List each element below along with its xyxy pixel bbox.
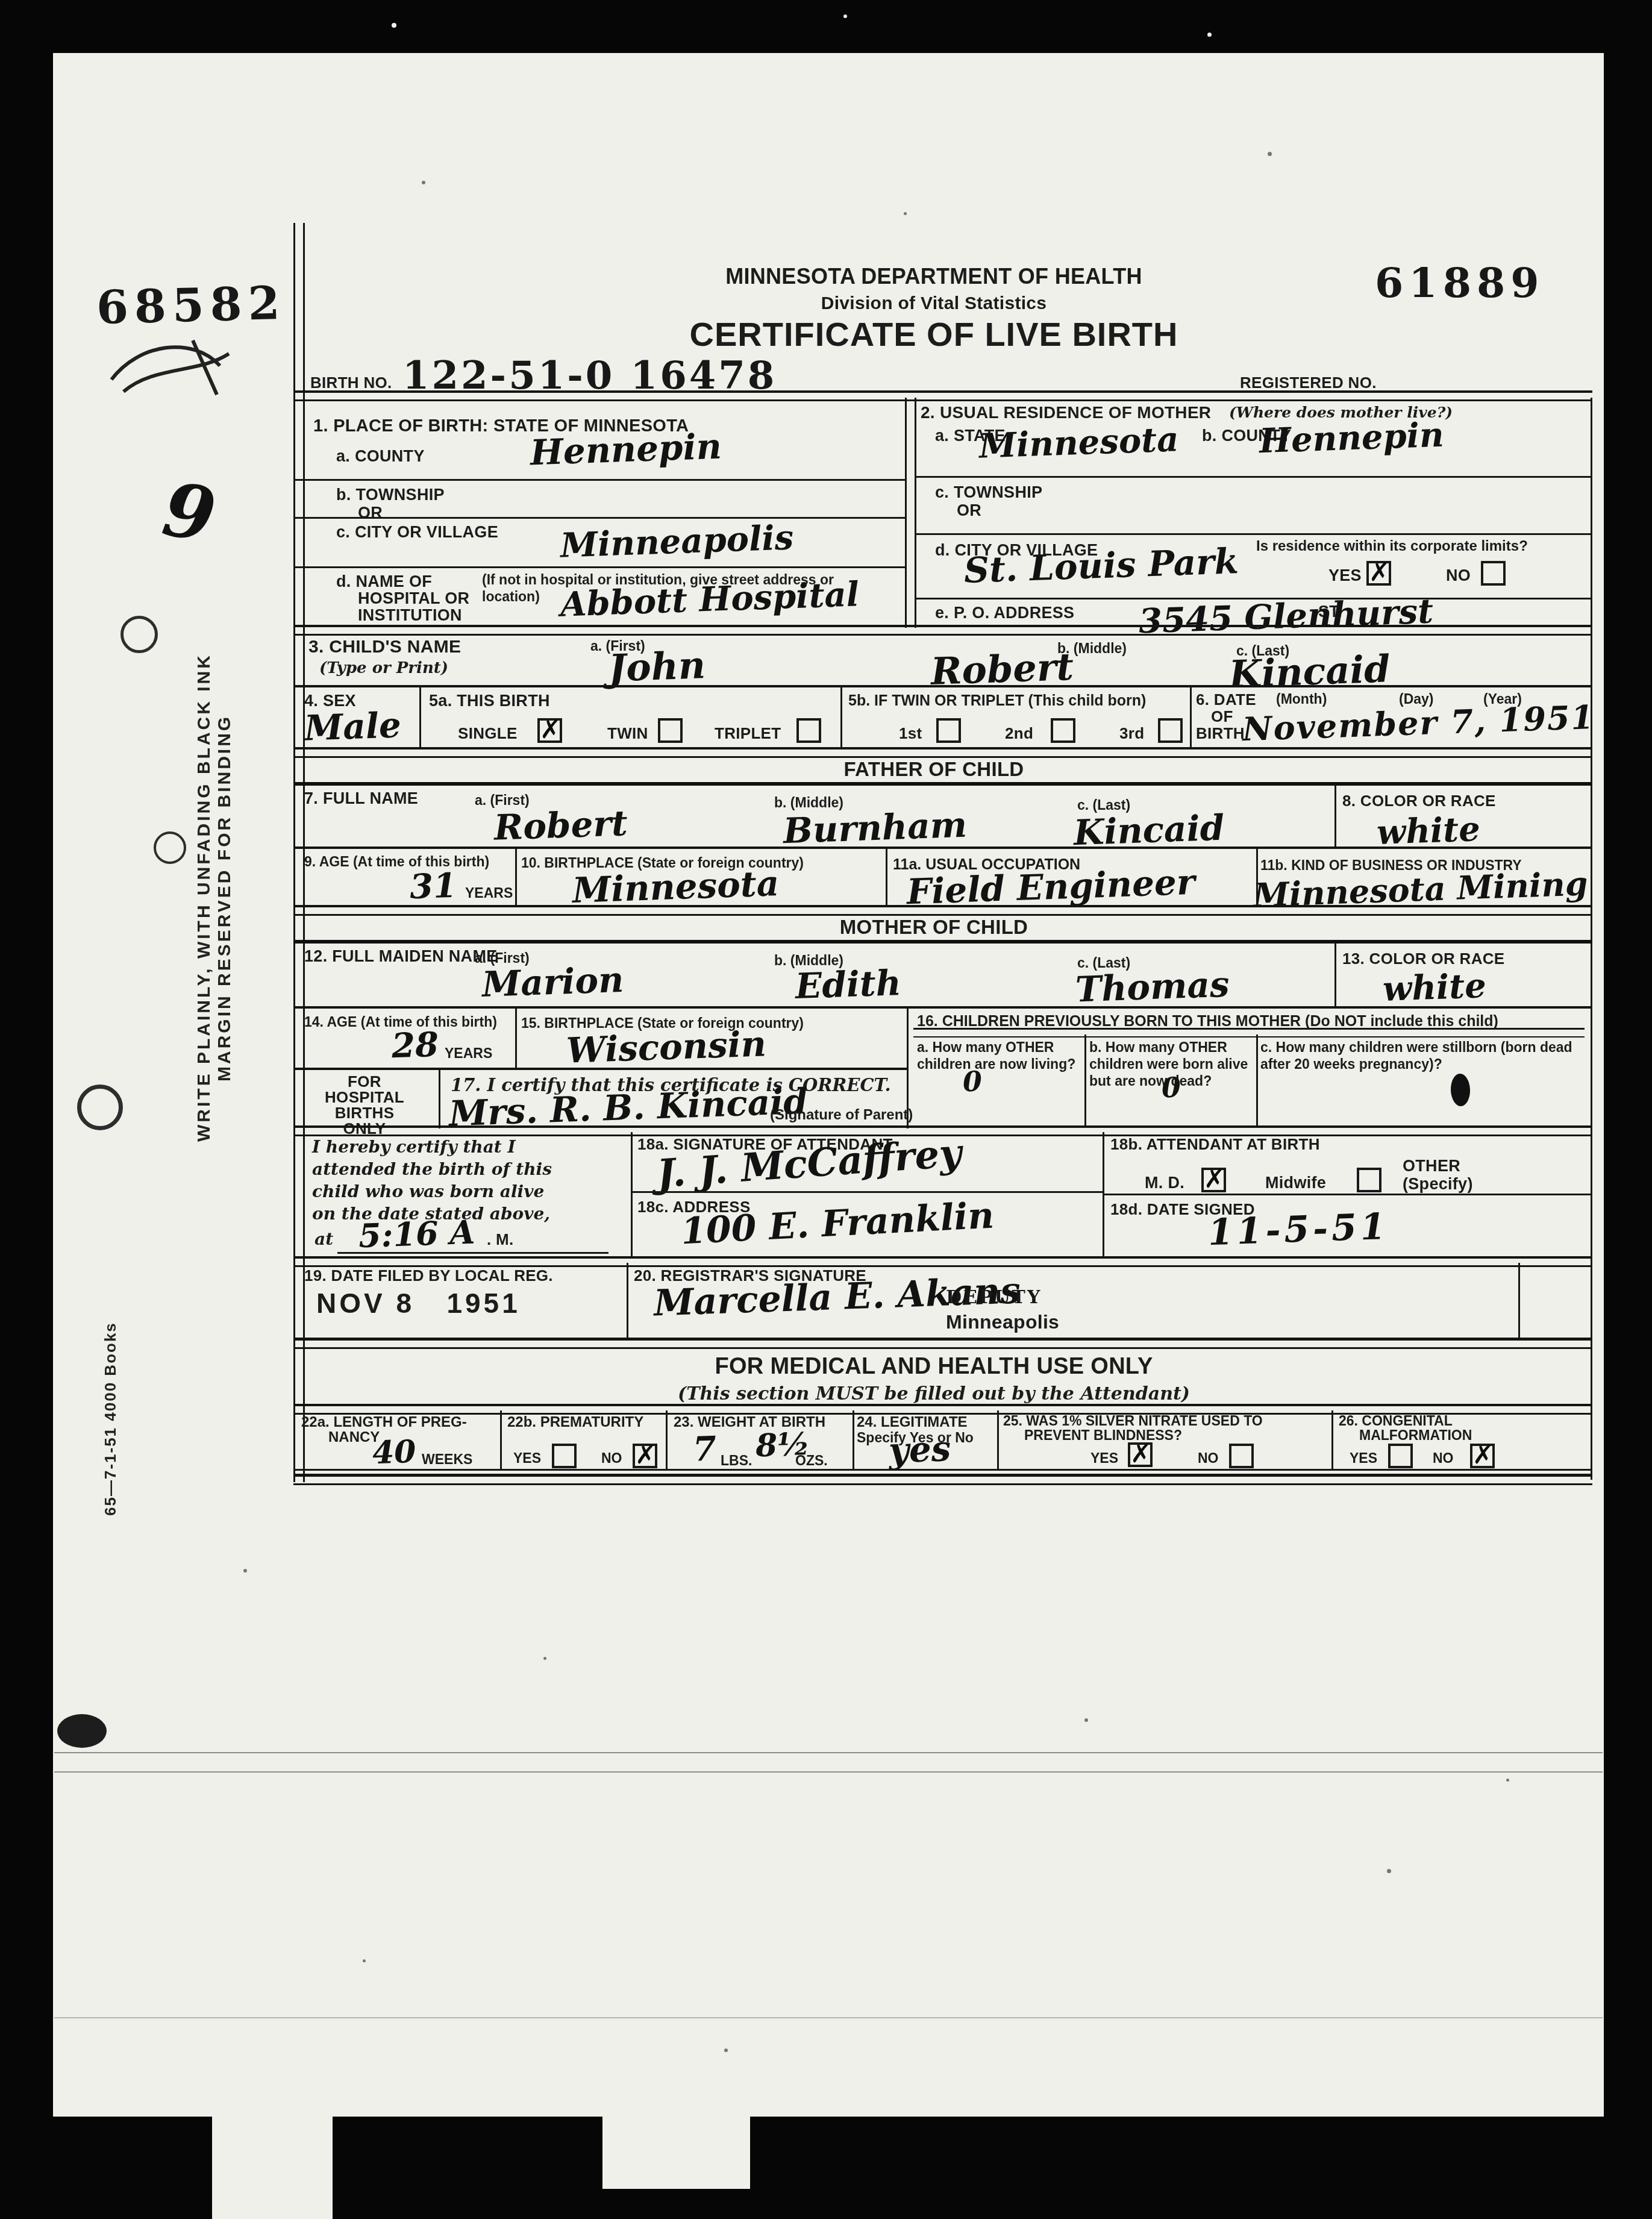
rule (295, 1006, 1591, 1009)
prematurity-no-mark: ✗ (635, 1440, 656, 1469)
rule (295, 479, 906, 481)
corporate-yes-label: YES (1328, 566, 1362, 586)
prematurity-no-checkbox: ✗ (633, 1444, 657, 1468)
children-living-answer: 0 (962, 1065, 983, 1098)
father-age-label: 9. AGE (At time of this birth) (304, 853, 509, 870)
division-subtitle: Division of Vital Statistics (651, 293, 1217, 314)
corporate-yes-mark: ✗ (1369, 557, 1390, 587)
margin-print-code: 65—7-1-51 4000 Books (101, 1277, 120, 1560)
rule (337, 1252, 609, 1254)
rule (295, 1068, 907, 1070)
rule (515, 1008, 517, 1068)
dust-speck (422, 181, 425, 184)
mother-race-label: 13. COLOR OR RACE (1342, 950, 1504, 968)
md-checkbox: ✗ (1201, 1168, 1226, 1192)
mother-age-value: 28 (391, 1025, 439, 1066)
malformation-yes-checkbox (1388, 1444, 1413, 1468)
city-label: c. CITY OR VILLAGE (336, 523, 498, 542)
date-filed-stamp: NOV 8 1951 (316, 1287, 521, 1319)
time-of-birth-value: 5:16 A (358, 1213, 475, 1256)
dust-speck (904, 212, 907, 215)
rule (515, 848, 517, 907)
dust-speck (1506, 1779, 1509, 1782)
this-birth-label: 5a. THIS BIRTH (429, 692, 550, 711)
single-label: SINGLE (458, 724, 518, 743)
midwife-checkbox (1357, 1168, 1381, 1192)
dust-speck (1387, 1869, 1391, 1873)
rule (293, 625, 1592, 636)
rule (840, 687, 842, 748)
triplet-label: TRIPLET (715, 724, 781, 743)
single-mark: ✗ (540, 715, 561, 744)
rule (295, 517, 906, 519)
attest-line-3: child who was born alive (312, 1181, 619, 1203)
rule (293, 390, 1592, 401)
rule (293, 223, 305, 1482)
hole-punch (77, 1084, 123, 1130)
residence-county-value: Hennepin (1259, 415, 1445, 462)
rule (295, 847, 1591, 849)
nitrate-yes-mark: ✗ (1130, 1439, 1151, 1468)
pregnancy-length-value: 40 (372, 1433, 416, 1471)
children-dead-answer: 0 (1161, 1071, 1181, 1104)
attendant-attestation: I hereby certify that I attended the bir… (312, 1136, 619, 1225)
dob-label-2: OF (1211, 707, 1233, 726)
ord3-checkbox (1158, 718, 1183, 743)
rule (293, 1338, 1592, 1349)
residence-state-value: Minnesota (978, 419, 1179, 466)
mother-middle-value: Edith (795, 962, 902, 1007)
father-birthplace-value: Minnesota (572, 863, 780, 911)
children-stillborn-question: c. How many children were stillborn (bor… (1260, 1039, 1580, 1072)
dust-speck (724, 2048, 728, 2052)
md-label: M. D. (1145, 1174, 1184, 1193)
mother-name-label: 12. FULL MAIDEN NAME (304, 947, 498, 966)
deputy-stamp: DEPUTY (946, 1287, 1042, 1308)
rule (419, 687, 421, 748)
margin-instruction-line1: WRITE PLAINLY, WITH UNFADING BLACK INK (194, 633, 214, 1163)
mother-birthplace-value: Wisconsin (566, 1023, 767, 1071)
certificate-title: CERTIFICATE OF LIVE BIRTH (651, 315, 1217, 354)
father-race-label: 8. COLOR OR RACE (1342, 792, 1496, 810)
dust-speck-light (392, 23, 396, 28)
midwife-label: Midwife (1265, 1174, 1326, 1193)
am-suffix: . M. (487, 1230, 514, 1249)
legitimate-value: yes (888, 1428, 952, 1471)
ord2-label: 2nd (1005, 724, 1033, 743)
rule (293, 1474, 1592, 1485)
dust-speck (1084, 1718, 1088, 1722)
ord3-label: 3rd (1119, 724, 1144, 743)
print-code-text: 65—7-1-51 4000 Books (101, 1277, 120, 1560)
registered-no-label: REGISTERED NO. (1240, 374, 1377, 392)
rule (631, 1132, 633, 1257)
mother-years-label: YEARS (445, 1045, 492, 1062)
dust-speck (1268, 152, 1272, 156)
scan-artifact-line (54, 1771, 1603, 1773)
malformation-no-label: NO (1433, 1450, 1454, 1466)
dust-speck (543, 1657, 546, 1660)
rule (295, 685, 1591, 687)
county-value: Hennepin (530, 425, 722, 473)
ord2-checkbox (1051, 718, 1075, 743)
rule (913, 1028, 1585, 1038)
residence-township-label: c. TOWNSHIP (935, 483, 1042, 502)
rule (886, 848, 887, 907)
rule (439, 1069, 440, 1128)
lbs-label: LBS. (721, 1452, 752, 1469)
mother-last-value: Thomas (1075, 964, 1230, 1010)
margin-instructions: WRITE PLAINLY, WITH UNFADING BLACK INK M… (194, 633, 235, 1163)
corporate-yes-checkbox: ✗ (1366, 561, 1391, 586)
nitrate-yes-checkbox: ✗ (1128, 1442, 1153, 1467)
specify-label: (Specify) (1403, 1175, 1473, 1194)
rule (293, 747, 1592, 758)
rule (293, 782, 1592, 786)
father-name-label: 7. FULL NAME (304, 789, 418, 809)
nitrate-no-checkbox (1229, 1444, 1254, 1468)
dob-label-3: BIRTH (1196, 724, 1245, 743)
attest-line-1: I hereby certify that I (312, 1136, 619, 1159)
scan-artifact-line (54, 1752, 1603, 1753)
deputy-city: Minneapolis (946, 1311, 1059, 1334)
triplet-checkbox (796, 718, 821, 743)
township-label: b. TOWNSHIP (336, 486, 445, 505)
file-number-stamp-right: 61889 (1375, 259, 1545, 307)
po-address-label: e. P. O. ADDRESS (935, 604, 1074, 623)
ink-blob (57, 1714, 107, 1748)
ord1-label: 1st (899, 724, 922, 743)
children-stillborn-answer: 0 (1450, 1073, 1471, 1106)
pregnancy-length-label-1: 22a. LENGTH OF PREG- (301, 1413, 467, 1431)
rule (853, 1410, 854, 1469)
paper-notch (602, 2117, 750, 2189)
father-first-value: Robert (493, 803, 628, 848)
mother-section-title: MOTHER OF CHILD (651, 916, 1217, 939)
corporate-no-checkbox (1481, 561, 1506, 586)
margin-instruction-line2: MARGIN RESERVED FOR BINDING (214, 633, 235, 1163)
corporate-limits-question: Is residence within its corporate limits… (1256, 537, 1585, 555)
children-living-question: a. How many OTHER children are now livin… (917, 1039, 1078, 1072)
medical-section-subtitle: (This section MUST be filled out by the … (651, 1383, 1217, 1404)
at-label: at (314, 1229, 333, 1249)
other-label: OTHER (1403, 1157, 1460, 1176)
malformation-no-mark: ✗ (1472, 1440, 1494, 1469)
rule (1103, 1194, 1591, 1195)
prematurity-yes-checkbox (552, 1444, 577, 1468)
malformation-label-2: MALFORMATION (1359, 1427, 1472, 1444)
hospital-label-3: INSTITUTION (358, 606, 462, 625)
file-number-stamp-left: 68582 (96, 276, 287, 334)
rule (1331, 1410, 1333, 1469)
twin-section-label: 5b. IF TWIN OR TRIPLET (This child born) (848, 692, 1186, 710)
dust-speck-light (1207, 33, 1212, 37)
rule (295, 566, 906, 568)
hole-punch (120, 616, 158, 653)
rule (627, 1263, 628, 1340)
scan-artifact-line (54, 2017, 1603, 2018)
medical-section-title: FOR MEDICAL AND HEALTH USE ONLY (651, 1353, 1217, 1380)
rule (1334, 942, 1336, 1006)
attest-line-2: attended the birth of this (312, 1159, 619, 1181)
nitrate-yes-label: YES (1090, 1450, 1118, 1466)
scanned-birth-certificate: 68582 9 WRITE PLAINLY, WITH UNFADING BLA… (0, 0, 1652, 2219)
dust-speck-light (843, 14, 847, 18)
rule (1334, 784, 1336, 847)
silver-nitrate-label-2: PREVENT BLINDNESS? (1024, 1427, 1182, 1444)
rule (666, 1410, 668, 1469)
ozs-label: OZS. (795, 1452, 828, 1469)
father-section-title: FATHER OF CHILD (651, 758, 1217, 781)
rule (631, 1191, 1103, 1193)
rule (997, 1410, 999, 1469)
corporate-no-label: NO (1446, 566, 1471, 586)
malformation-yes-label: YES (1350, 1450, 1377, 1466)
sex-value: Male (304, 704, 402, 749)
rule (1190, 687, 1192, 748)
scanner-band-top (0, 0, 1652, 53)
rule (915, 476, 1591, 478)
nitrate-no-label: NO (1198, 1450, 1219, 1466)
twin-label: TWIN (607, 724, 648, 743)
mother-first-value: Marion (481, 959, 624, 1005)
father-age-value: 31 (409, 866, 457, 907)
twin-checkbox (658, 718, 683, 743)
rule (295, 1469, 1591, 1471)
rule (500, 1410, 502, 1469)
residence-township-or: OR (957, 501, 981, 521)
legitimate-label-1: 24. LEGITIMATE (857, 1413, 968, 1431)
child-name-label: 3. CHILD'S NAME (308, 636, 461, 657)
month-label: (Month) (1276, 690, 1327, 707)
date-signed-value: 11-5-51 (1207, 1206, 1390, 1254)
dust-speck (243, 1569, 247, 1573)
scanner-band-right (1604, 0, 1652, 2219)
department-title: MINNESOTA DEPARTMENT OF HEALTH (651, 264, 1217, 289)
rule (293, 940, 1592, 944)
rule (1518, 1263, 1520, 1340)
rule (905, 398, 916, 628)
malformation-no-checkbox: ✗ (1470, 1444, 1495, 1468)
date-filed-label: 19. DATE FILED BY LOCAL REG. (304, 1266, 553, 1285)
dob-label-1: 6. DATE (1196, 690, 1256, 709)
mother-race-value: white (1382, 966, 1487, 1009)
parent-signature-note: (Signature of Parent) (770, 1106, 913, 1124)
county-label: a. COUNTY (336, 447, 425, 466)
ord1-checkbox (936, 718, 961, 743)
hole-punch (154, 831, 186, 864)
child-name-note: (Type or Print) (319, 659, 448, 677)
birth-no-label: BIRTH NO. (310, 374, 392, 392)
township-or-label: OR (358, 504, 383, 523)
father-middle-value: Burnham (783, 804, 968, 852)
child-first-value: John (608, 643, 706, 690)
child-last-value: Kincaid (1228, 646, 1391, 696)
md-mark: ✗ (1204, 1164, 1225, 1194)
rule (1591, 398, 1592, 1480)
pen-scribble (102, 328, 253, 413)
rule (293, 1256, 1592, 1267)
weight-lbs-value: 7 (692, 1429, 717, 1469)
rule (915, 533, 1591, 535)
prematurity-no-label: NO (601, 1450, 622, 1466)
father-years-label: YEARS (465, 884, 513, 901)
scanner-band-left (0, 0, 53, 2219)
attendant-at-birth-label: 18b. ATTENDANT AT BIRTH (1110, 1135, 1320, 1154)
prematurity-label: 22b. PREMATURITY (507, 1413, 643, 1431)
paper-notch (212, 2117, 333, 2219)
dust-speck (363, 1959, 366, 1962)
single-checkbox: ✗ (537, 718, 562, 743)
rule (1256, 1034, 1258, 1127)
weeks-label: WEEKS (422, 1451, 472, 1468)
rule (293, 905, 1592, 916)
prematurity-yes-label: YES (513, 1450, 541, 1466)
city-value: Minneapolis (560, 518, 794, 565)
rule (1084, 1034, 1086, 1127)
